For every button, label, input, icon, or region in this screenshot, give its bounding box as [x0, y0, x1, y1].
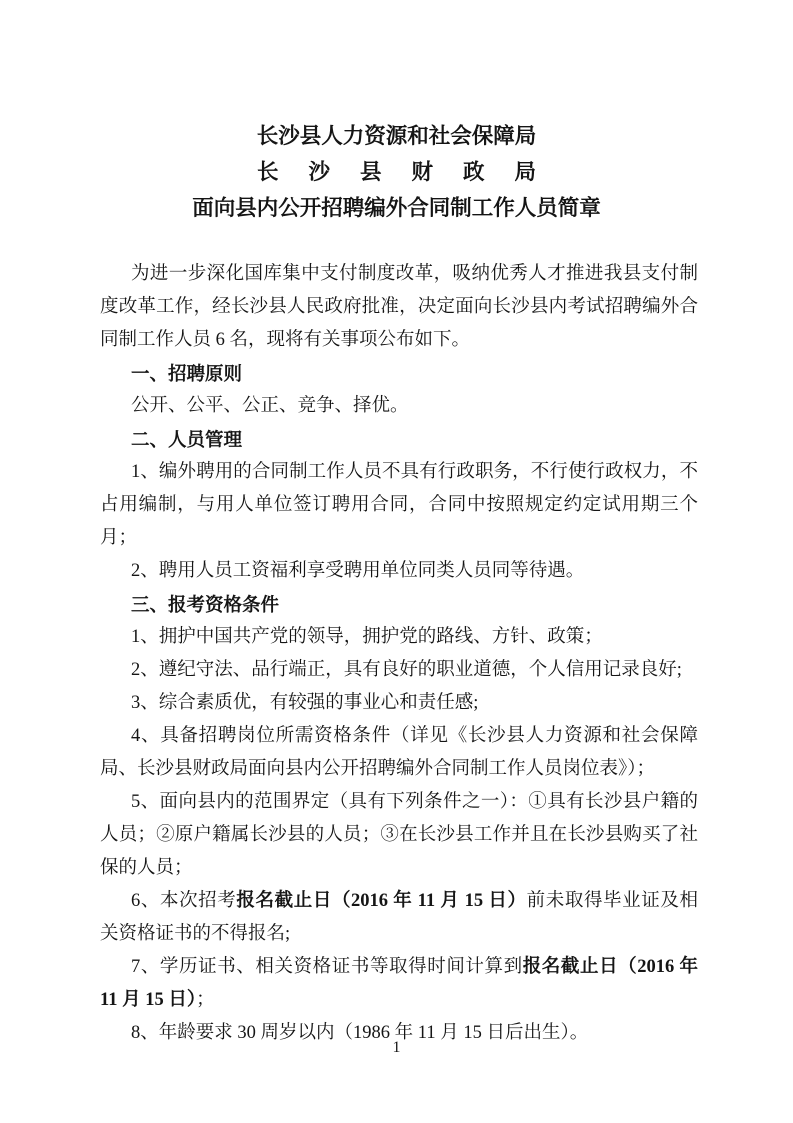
- paragraph: 1、拥护中国共产党的领导，拥护党的路线、方针、政策；: [100, 621, 698, 654]
- text-run: 4、具备招聘岗位所需资格条件（详见《长沙县人力资源和社会保障局、长沙县财政局面向…: [100, 726, 698, 779]
- text-run: 1、编外聘用的合同制工作人员不具有行政职务，不行使行政权力，不占用编制，与用人单…: [100, 462, 698, 548]
- page-number: 1: [0, 1038, 793, 1058]
- paragraph: 2、聘用人员工资福利享受聘用单位同类人员同等待遇。: [100, 555, 698, 588]
- text-run: 为进一步深化国库集中支付制度改革，吸纳优秀人才推进我县支付制度改革工作，经长沙县…: [100, 264, 698, 350]
- section-heading: 二、人员管理: [100, 423, 698, 456]
- section-heading: 一、招聘原则: [100, 357, 698, 390]
- paragraph: 3、综合素质优，有较强的事业心和责任感;: [100, 687, 698, 720]
- paragraph: 4、具备招聘岗位所需资格条件（详见《长沙县人力资源和社会保障局、长沙县财政局面向…: [100, 720, 698, 786]
- paragraph: 5、面向县内的范围界定（具有下列条件之一）：①具有长沙县户籍的人员；②原户籍属长…: [100, 786, 698, 885]
- bold-text-run: 一、招聘原则: [131, 363, 242, 384]
- title-line-3: 面向县内公开招聘编外合同制工作人员简章: [0, 190, 793, 226]
- paragraph: 7、学历证书、相关资格证书等取得时间计算到报名截止日（2016 年 11 月 1…: [100, 951, 698, 1017]
- title-line-2: 长沙县财政局: [0, 154, 793, 190]
- paragraph: 6、本次招考报名截止日（2016 年 11 月 15 日）前未取得毕业证及相关资…: [100, 885, 698, 951]
- bold-text-run: 三、报考资格条件: [131, 594, 279, 615]
- text-run: ；: [196, 990, 215, 1010]
- document-title: 长沙县人力资源和社会保障局 长沙县财政局 面向县内公开招聘编外合同制工作人员简章: [0, 0, 793, 226]
- paragraph: 1、编外聘用的合同制工作人员不具有行政职务，不行使行政权力，不占用编制，与用人单…: [100, 456, 698, 555]
- text-run: 1、拥护中国共产党的领导，拥护党的路线、方针、政策；: [131, 627, 603, 647]
- document-page: 长沙县人力资源和社会保障局 长沙县财政局 面向县内公开招聘编外合同制工作人员简章…: [0, 0, 793, 1123]
- text-run: 7、学历证书、相关资格证书等取得时间计算到: [131, 957, 523, 977]
- document-body: 为进一步深化国库集中支付制度改革，吸纳优秀人才推进我县支付制度改革工作，经长沙县…: [100, 258, 698, 1050]
- paragraph: 2、遵纪守法、品行端正，具有良好的职业道德，个人信用记录良好;: [100, 654, 698, 687]
- title-line-1: 长沙县人力资源和社会保障局: [0, 118, 793, 154]
- text-run: 5、面向县内的范围界定（具有下列条件之一）：①具有长沙县户籍的人员；②原户籍属长…: [100, 792, 698, 878]
- text-run: 公开、公平、公正、竞争、择优。: [131, 396, 409, 416]
- paragraph: 公开、公平、公正、竞争、择优。: [100, 390, 698, 423]
- bold-text-run: 二、人员管理: [131, 429, 242, 450]
- text-run: 3、综合素质优，有较强的事业心和责任感;: [131, 693, 478, 713]
- text-run: 6、本次招考: [131, 891, 236, 911]
- text-run: 2、聘用人员工资福利享受聘用单位同类人员同等待遇。: [131, 561, 584, 581]
- bold-text-run: 报名截止日（2016 年 11 月 15 日）: [236, 891, 526, 911]
- text-run: 2、遵纪守法、品行端正，具有良好的职业道德，个人信用记录良好;: [131, 660, 682, 680]
- section-heading: 三、报考资格条件: [100, 588, 698, 621]
- paragraph: 为进一步深化国库集中支付制度改革，吸纳优秀人才推进我县支付制度改革工作，经长沙县…: [100, 258, 698, 357]
